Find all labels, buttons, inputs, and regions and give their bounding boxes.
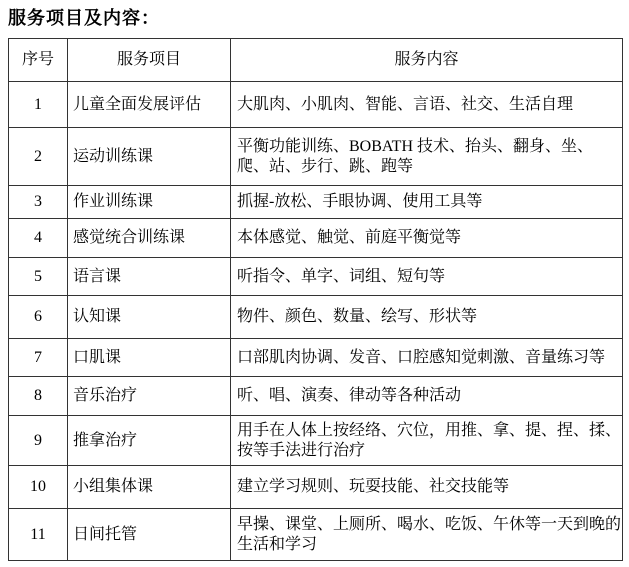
row-index: 1: [9, 82, 68, 128]
table-row: 6 认知课 物件、颜色、数量、绘写、形状等: [9, 296, 623, 339]
service-content: 听、唱、演奏、律动等各种活动: [231, 377, 623, 416]
header-row: 序号 服务项目 服务内容: [9, 39, 623, 82]
page-title: 服务项目及内容：: [8, 7, 622, 29]
service-content: 抓握-放松、手眼协调、使用工具等: [231, 186, 623, 219]
document-page: 服务项目及内容： 序号 服务项目 服务内容 1 儿童全面发展评估 大肌肉、小肌肉…: [0, 0, 629, 567]
service-item: 口肌课: [68, 339, 231, 377]
header-cell-number: 序号: [9, 39, 68, 82]
table-row: 5 语言课 听指令、单字、词组、短句等: [9, 258, 623, 296]
service-item: 语言课: [68, 258, 231, 296]
service-content: 用手在人体上按经络、穴位，用推、拿、提、捏、揉、按等手法进行治疗: [231, 416, 623, 466]
row-index: 3: [9, 186, 68, 219]
service-content: 听指令、单字、词组、短句等: [231, 258, 623, 296]
service-item: 认知课: [68, 296, 231, 339]
row-index: 2: [9, 128, 68, 186]
service-item: 运动训练课: [68, 128, 231, 186]
row-index: 11: [9, 509, 68, 561]
table-row: 3 作业训练课 抓握-放松、手眼协调、使用工具等: [9, 186, 623, 219]
table-row: 10 小组集体课 建立学习规则、玩耍技能、社交技能等: [9, 466, 623, 509]
table-row: 7 口肌课 口部肌肉协调、发音、口腔感知觉刺激、音量练习等: [9, 339, 623, 377]
service-content: 平衡功能训练、BOBATH 技术、抬头、翻身、坐、爬、站、步行、跳、跑等: [231, 128, 623, 186]
service-content: 早操、课堂、上厕所、喝水、吃饭、午休等一天到晚的生活和学习: [231, 509, 623, 561]
service-content: 物件、颜色、数量、绘写、形状等: [231, 296, 623, 339]
table-row: 9 推拿治疗 用手在人体上按经络、穴位，用推、拿、提、捏、揉、按等手法进行治疗: [9, 416, 623, 466]
service-item: 作业训练课: [68, 186, 231, 219]
service-item: 推拿治疗: [68, 416, 231, 466]
service-content: 本体感觉、触觉、前庭平衡觉等: [231, 219, 623, 258]
row-index: 9: [9, 416, 68, 466]
service-content: 大肌肉、小肌肉、智能、言语、社交、生活自理: [231, 82, 623, 128]
row-index: 6: [9, 296, 68, 339]
header-cell-content: 服务内容: [231, 39, 623, 82]
table-row: 2 运动训练课 平衡功能训练、BOBATH 技术、抬头、翻身、坐、爬、站、步行、…: [9, 128, 623, 186]
table-row: 1 儿童全面发展评估 大肌肉、小肌肉、智能、言语、社交、生活自理: [9, 82, 623, 128]
table-row: 4 感觉统合训练课 本体感觉、触觉、前庭平衡觉等: [9, 219, 623, 258]
table-row: 11 日间托管 早操、课堂、上厕所、喝水、吃饭、午休等一天到晚的生活和学习: [9, 509, 623, 561]
service-item: 音乐治疗: [68, 377, 231, 416]
service-content: 建立学习规则、玩耍技能、社交技能等: [231, 466, 623, 509]
row-index: 4: [9, 219, 68, 258]
service-item: 儿童全面发展评估: [68, 82, 231, 128]
service-content: 口部肌肉协调、发音、口腔感知觉刺激、音量练习等: [231, 339, 623, 377]
row-index: 8: [9, 377, 68, 416]
service-item: 小组集体课: [68, 466, 231, 509]
table-body: 1 儿童全面发展评估 大肌肉、小肌肉、智能、言语、社交、生活自理 2 运动训练课…: [9, 82, 623, 561]
row-index: 7: [9, 339, 68, 377]
services-table: 序号 服务项目 服务内容 1 儿童全面发展评估 大肌肉、小肌肉、智能、言语、社交…: [8, 38, 623, 561]
table-row: 8 音乐治疗 听、唱、演奏、律动等各种活动: [9, 377, 623, 416]
header-cell-item: 服务项目: [68, 39, 231, 82]
row-index: 5: [9, 258, 68, 296]
service-item: 感觉统合训练课: [68, 219, 231, 258]
table-header: 序号 服务项目 服务内容: [9, 39, 623, 82]
service-item: 日间托管: [68, 509, 231, 561]
row-index: 10: [9, 466, 68, 509]
